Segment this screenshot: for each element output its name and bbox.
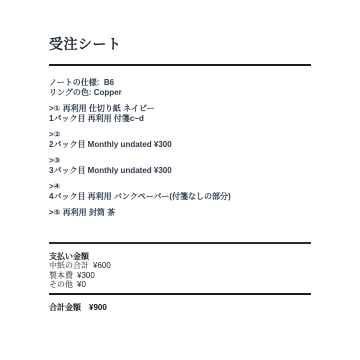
payment-row-label: その他 — [49, 280, 73, 289]
total-value: ¥900 — [89, 303, 107, 312]
item-group-4: >④ 4パック目 再利用 バンクペーパー(付箋なしの部分) — [49, 182, 311, 201]
item-header: >③ — [49, 156, 311, 166]
order-sheet: 受注シート ノートの仕様: B6 リングの色: Copper >① 再利用 仕切… — [0, 0, 360, 360]
spec-notebook-size: ノートの仕様: B6 — [49, 78, 311, 88]
payment-row-label: 中紙の合計 — [49, 261, 89, 270]
item-group-3: >③ 3パック目 Monthly undated ¥300 — [49, 156, 311, 175]
total-label: 合計金額 — [49, 303, 81, 312]
payment-row-binding: 製本費¥300 — [49, 271, 311, 281]
item-detail: 1パック目 再利用 付箋c~d — [49, 114, 311, 124]
payment-row-other: その他¥0 — [49, 280, 311, 290]
item-group-5: >⑤ 再利用 封筒 茶 — [49, 208, 311, 218]
total-row: 合計金額¥900 — [49, 303, 311, 313]
page-title: 受注シート — [49, 36, 311, 52]
spec-section: ノートの仕様: B6 リングの色: Copper — [49, 78, 311, 97]
item-group-2: >② 2パック目 Monthly undated ¥300 — [49, 130, 311, 149]
item-detail: 3パック目 Monthly undated ¥300 — [49, 166, 311, 176]
item-header: >② — [49, 130, 311, 140]
payment-row-label: 製本費 — [49, 271, 73, 280]
spec-ring-color: リングの色: Copper — [49, 88, 311, 98]
item-group-1: >① 再利用 仕切り紙 ネイビー 1パック目 再利用 付箋c~d — [49, 104, 311, 123]
item-header: >① 再利用 仕切り紙 ネイビー — [49, 104, 311, 114]
item-list: >① 再利用 仕切り紙 ネイビー 1パック目 再利用 付箋c~d >② 2パック… — [49, 104, 311, 218]
title-divider — [49, 64, 311, 66]
payment-row-subtotal: 中紙の合計¥600 — [49, 261, 311, 271]
item-header: >⑤ 再利用 封筒 茶 — [49, 208, 311, 218]
payment-row-value: ¥300 — [77, 271, 95, 280]
item-detail: 2パック目 Monthly undated ¥300 — [49, 140, 311, 150]
payment-heading: 支払い金額 — [49, 252, 311, 262]
payment-row-value: ¥0 — [77, 280, 86, 289]
payment-row-value: ¥600 — [93, 261, 111, 270]
payment-divider — [49, 242, 311, 244]
total-divider — [49, 293, 311, 295]
item-header: >④ — [49, 182, 311, 192]
payment-section: 支払い金額 中紙の合計¥600 製本費¥300 その他¥0 — [49, 252, 311, 290]
item-detail: 4パック目 再利用 バンクペーパー(付箋なしの部分) — [49, 192, 311, 202]
